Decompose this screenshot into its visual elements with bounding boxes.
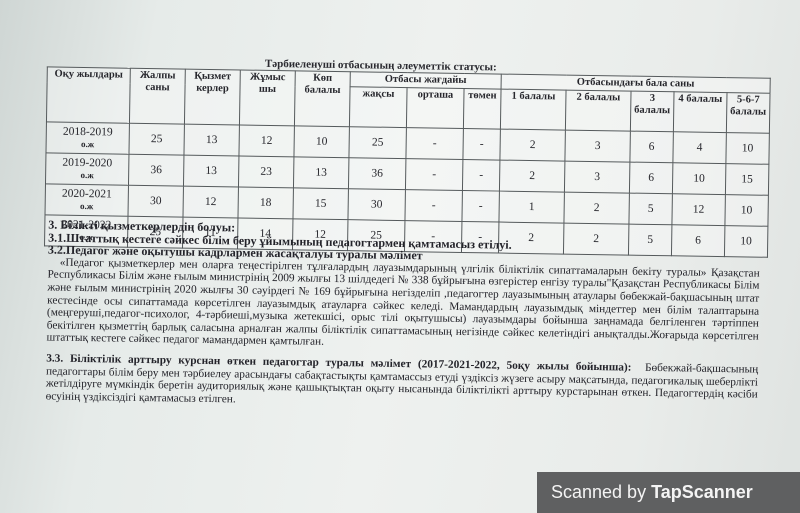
cell-good: 25 [349,127,406,159]
cell-large: 15 [293,188,348,220]
cell-c567: 15 [725,164,768,196]
scanner-watermark: Scanned by TapScanner [537,472,800,513]
cell-year: 2020-2021о.ж [45,184,128,216]
cell-low: - [462,190,499,222]
cell-year: 2018-2019о.ж [46,122,129,154]
cell-employees: 12 [183,186,238,218]
section-3-2-paragraph: «Педагог қызметкерлер мен оларға теңесті… [46,256,759,355]
cell-total: 36 [128,154,183,186]
header-5-6-7-children: 5-6-7 балалы [726,93,770,134]
cell-c1: 2 [499,160,564,192]
header-large-families: Көп балалы [294,71,350,127]
cell-workers: 12 [239,125,294,157]
cell-workers: 23 [238,156,293,188]
cell-c567: 10 [725,195,768,227]
cell-c4: 10 [672,163,725,195]
cell-c2: 2 [564,192,629,224]
cell-c567: 10 [726,133,769,165]
header-total: Жалпы саны [129,68,185,124]
cell-c4: 12 [672,194,725,226]
cell-workers: 18 [238,187,293,219]
scanned-page: Тәрбиеленуші отбасының әлеуметтік статус… [0,0,800,513]
cell-medium: - [406,128,463,160]
cell-c2: 3 [564,161,629,193]
cell-low: - [462,159,499,191]
section-3-3: 3.3. Біліктілік арттыру курснан өткен пе… [46,352,759,414]
header-medium: орташа [406,88,464,129]
cell-c4: 4 [673,132,726,164]
cell-medium: - [405,190,462,222]
cell-good: 30 [348,189,405,221]
cell-large: 10 [294,126,349,158]
cell-c1: 1 [499,191,564,223]
cell-year: 2019-2020о.ж [45,153,128,185]
watermark-prefix: Scanned by [551,482,646,503]
cell-total: 30 [128,185,183,217]
cell-medium: - [405,159,462,191]
cell-c3: 6 [630,131,673,163]
cell-c3: 6 [629,162,672,194]
cell-good: 36 [348,158,405,190]
header-2-children: 2 балалы [565,90,631,131]
cell-large: 13 [293,157,348,189]
cell-c2: 3 [565,130,630,162]
header-low: төмен [463,88,501,129]
header-1-child: 1 балалы [500,89,566,130]
header-employees: Қызмет керлер [184,69,240,125]
cell-employees: 13 [184,124,239,156]
header-year: Оқу жылдары [46,67,130,123]
header-4-children: 4 балалы [673,92,727,133]
cell-employees: 13 [183,155,238,187]
header-3-children: 3 балалы [630,91,674,132]
header-workers: Жұмыс шы [239,70,295,126]
cell-c1: 2 [500,129,565,161]
cell-low: - [463,128,500,160]
cell-total: 25 [129,123,184,155]
cell-c3: 5 [629,193,672,225]
watermark-brand: TapScanner [651,482,753,503]
section-3: 3. Білікті қызметкерлердің болуы: 3.1.Шт… [46,218,760,355]
header-good: жақсы [349,87,407,128]
